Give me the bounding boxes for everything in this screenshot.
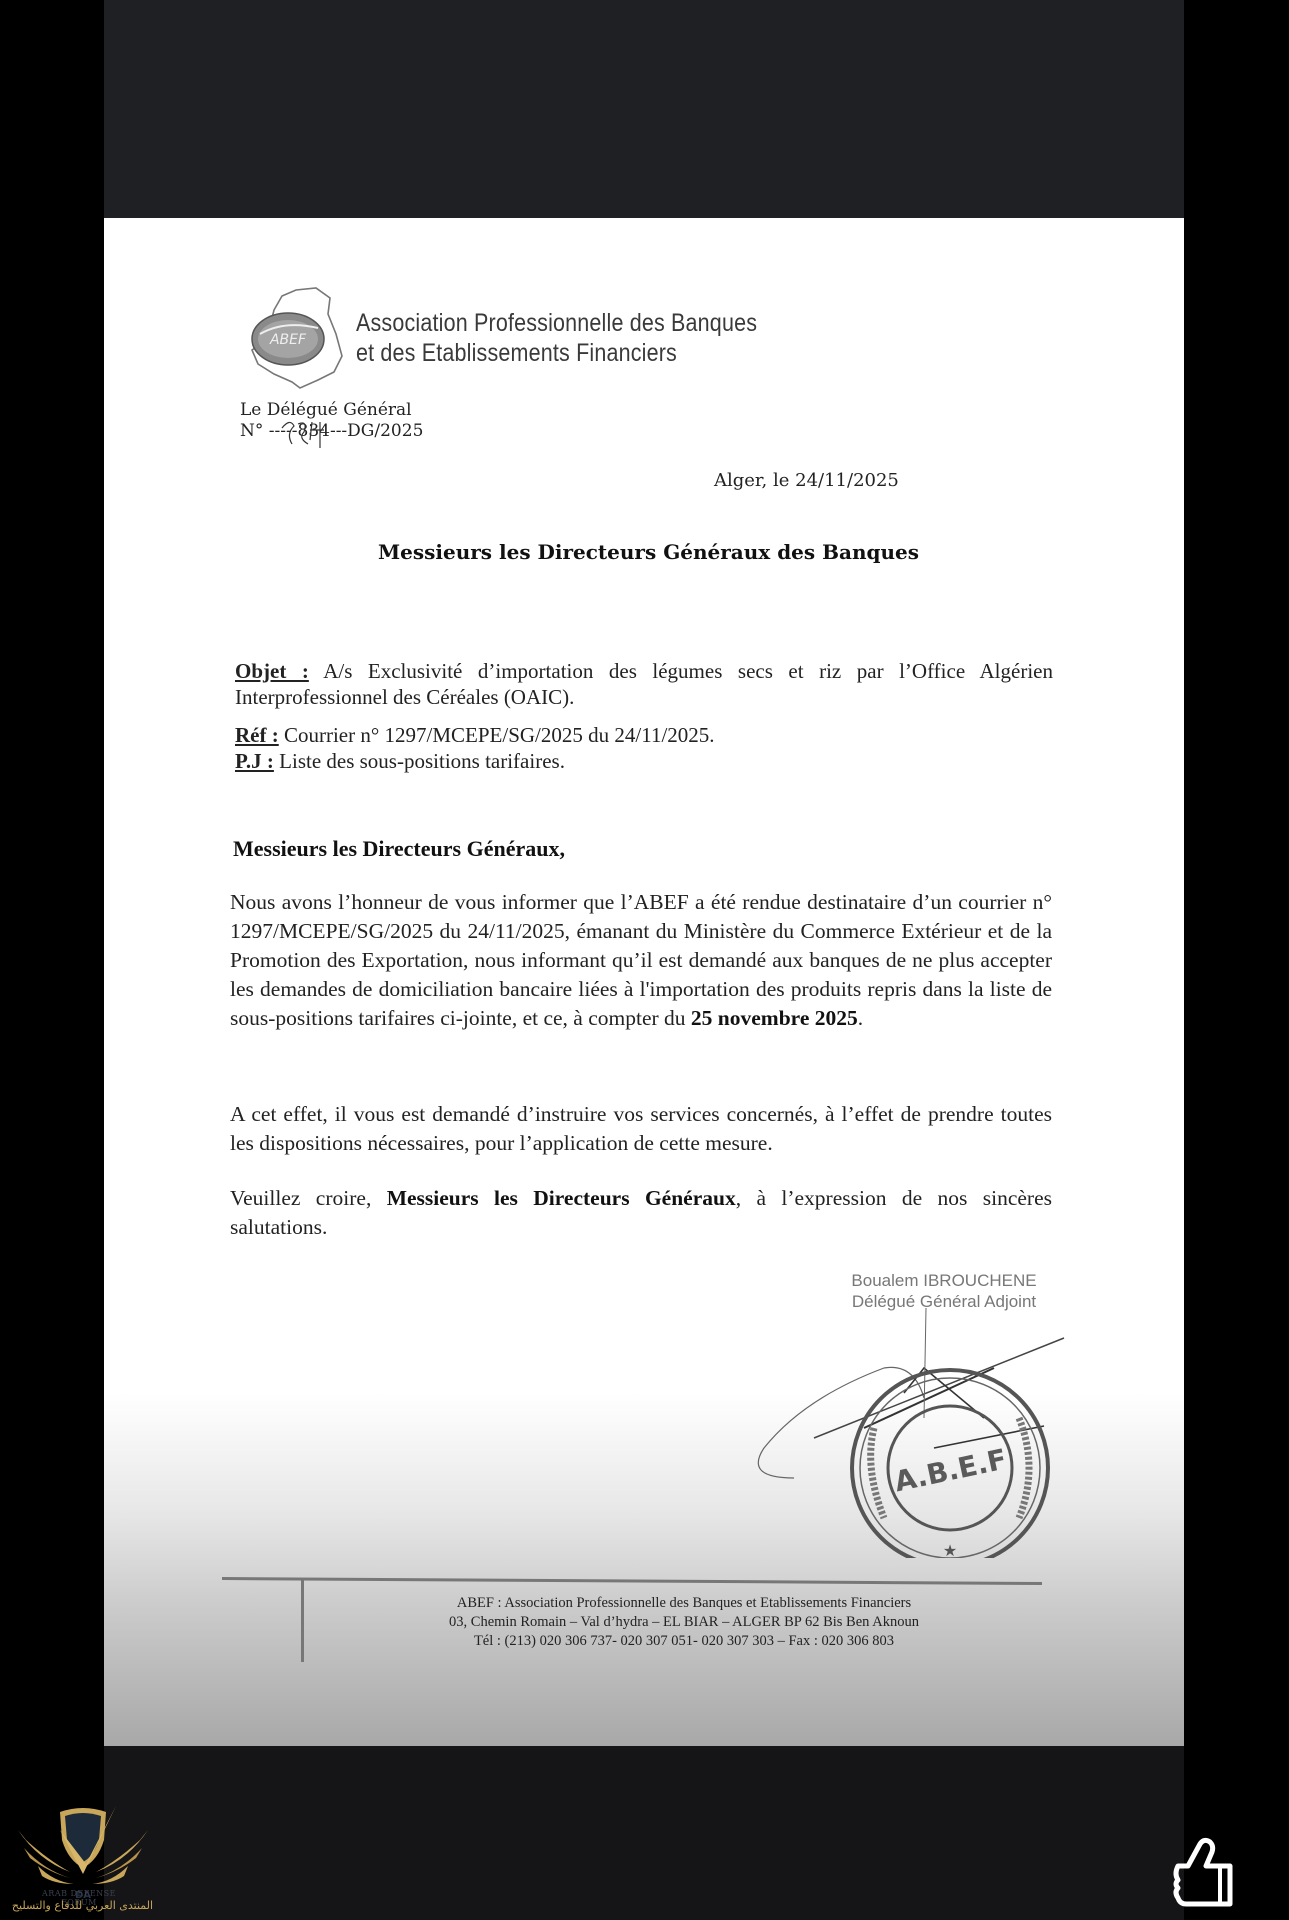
closing-paragraph: Veuillez croire, Messieurs les Directeur… bbox=[230, 1184, 1052, 1242]
handwritten-number-icon bbox=[276, 414, 336, 454]
attachment-line: P.J : Liste des sous-positions tarifaire… bbox=[235, 748, 1053, 774]
closing-start: Veuillez croire, bbox=[230, 1186, 387, 1210]
svg-text:★: ★ bbox=[943, 1541, 957, 1558]
signatory: Boualem IBROUCHENE Délégué Général Adjoi… bbox=[794, 1270, 1094, 1312]
svg-text:A.B.E.F: A.B.E.F bbox=[891, 1442, 1009, 1498]
abef-logo-icon: ABEF bbox=[244, 284, 354, 394]
organization-name: Association Professionnelle des Banques … bbox=[356, 308, 757, 368]
svg-text:ABEF: ABEF bbox=[269, 332, 307, 348]
closing-bold: Messieurs les Directeurs Généraux bbox=[387, 1186, 736, 1210]
footer-divider bbox=[222, 1577, 1042, 1585]
subject-text: A/s Exclusivité d’importation des légume… bbox=[235, 659, 1053, 709]
reference-label: Réf : bbox=[235, 723, 279, 747]
footer-org-name: ABEF : Association Professionnelle des B… bbox=[334, 1594, 1034, 1613]
footer-vertical-rule bbox=[301, 1580, 304, 1662]
letter-page: ABEF Association Professionnelle des Ban… bbox=[104, 218, 1184, 1746]
recipient-heading: Messieurs les Directeurs Généraux des Ba… bbox=[378, 540, 919, 564]
signatory-name: Boualem IBROUCHENE bbox=[794, 1270, 1094, 1291]
salutation: Messieurs les Directeurs Généraux, bbox=[233, 836, 565, 862]
like-thumbs-up-icon[interactable] bbox=[1164, 1830, 1244, 1910]
reference-text: Courrier n° 1297/MCEPE/SG/2025 du 24/11/… bbox=[279, 723, 715, 747]
effective-date: 25 novembre 2025 bbox=[691, 1006, 858, 1030]
body-paragraph-2: A cet effet, il vous est demandé d’instr… bbox=[230, 1100, 1052, 1158]
organization-name-line1: Association Professionnelle des Banques bbox=[356, 308, 757, 338]
footer-phone-fax: Tél : (213) 020 306 737- 020 307 051- 02… bbox=[334, 1632, 1034, 1651]
footer-street-address: 03, Chemin Romain – Val d’hydra – EL BIA… bbox=[334, 1613, 1034, 1632]
body-paragraph-1: Nous avons l’honneur de vous informer qu… bbox=[230, 888, 1052, 1033]
subject-label: Objet : bbox=[235, 659, 309, 683]
forum-name-arabic: المنتدى العربي للدفاع والتسليح bbox=[10, 1899, 155, 1912]
paragraph-1-end: . bbox=[858, 1006, 863, 1030]
date-line: Alger, le 24/11/2025 bbox=[714, 470, 899, 491]
reference-line: Réf : Courrier n° 1297/MCEPE/SG/2025 du … bbox=[235, 722, 1053, 748]
attachment-text: Liste des sous-positions tarifaires. bbox=[274, 749, 565, 773]
letter-meta: Objet : A/s Exclusivité d’importation de… bbox=[235, 658, 1053, 774]
organization-name-line2: et des Etablissements Financiers bbox=[356, 338, 757, 368]
footer-address: ABEF : Association Professionnelle des B… bbox=[334, 1594, 1034, 1651]
document-viewer-footer-area bbox=[104, 1746, 1184, 1920]
paragraph-1-text: Nous avons l’honneur de vous informer qu… bbox=[230, 890, 1052, 1030]
subject-line: Objet : A/s Exclusivité d’importation de… bbox=[235, 658, 1053, 710]
official-stamp-icon: A.B.E.F ★ bbox=[734, 1308, 1094, 1558]
attachment-label: P.J : bbox=[235, 749, 274, 773]
